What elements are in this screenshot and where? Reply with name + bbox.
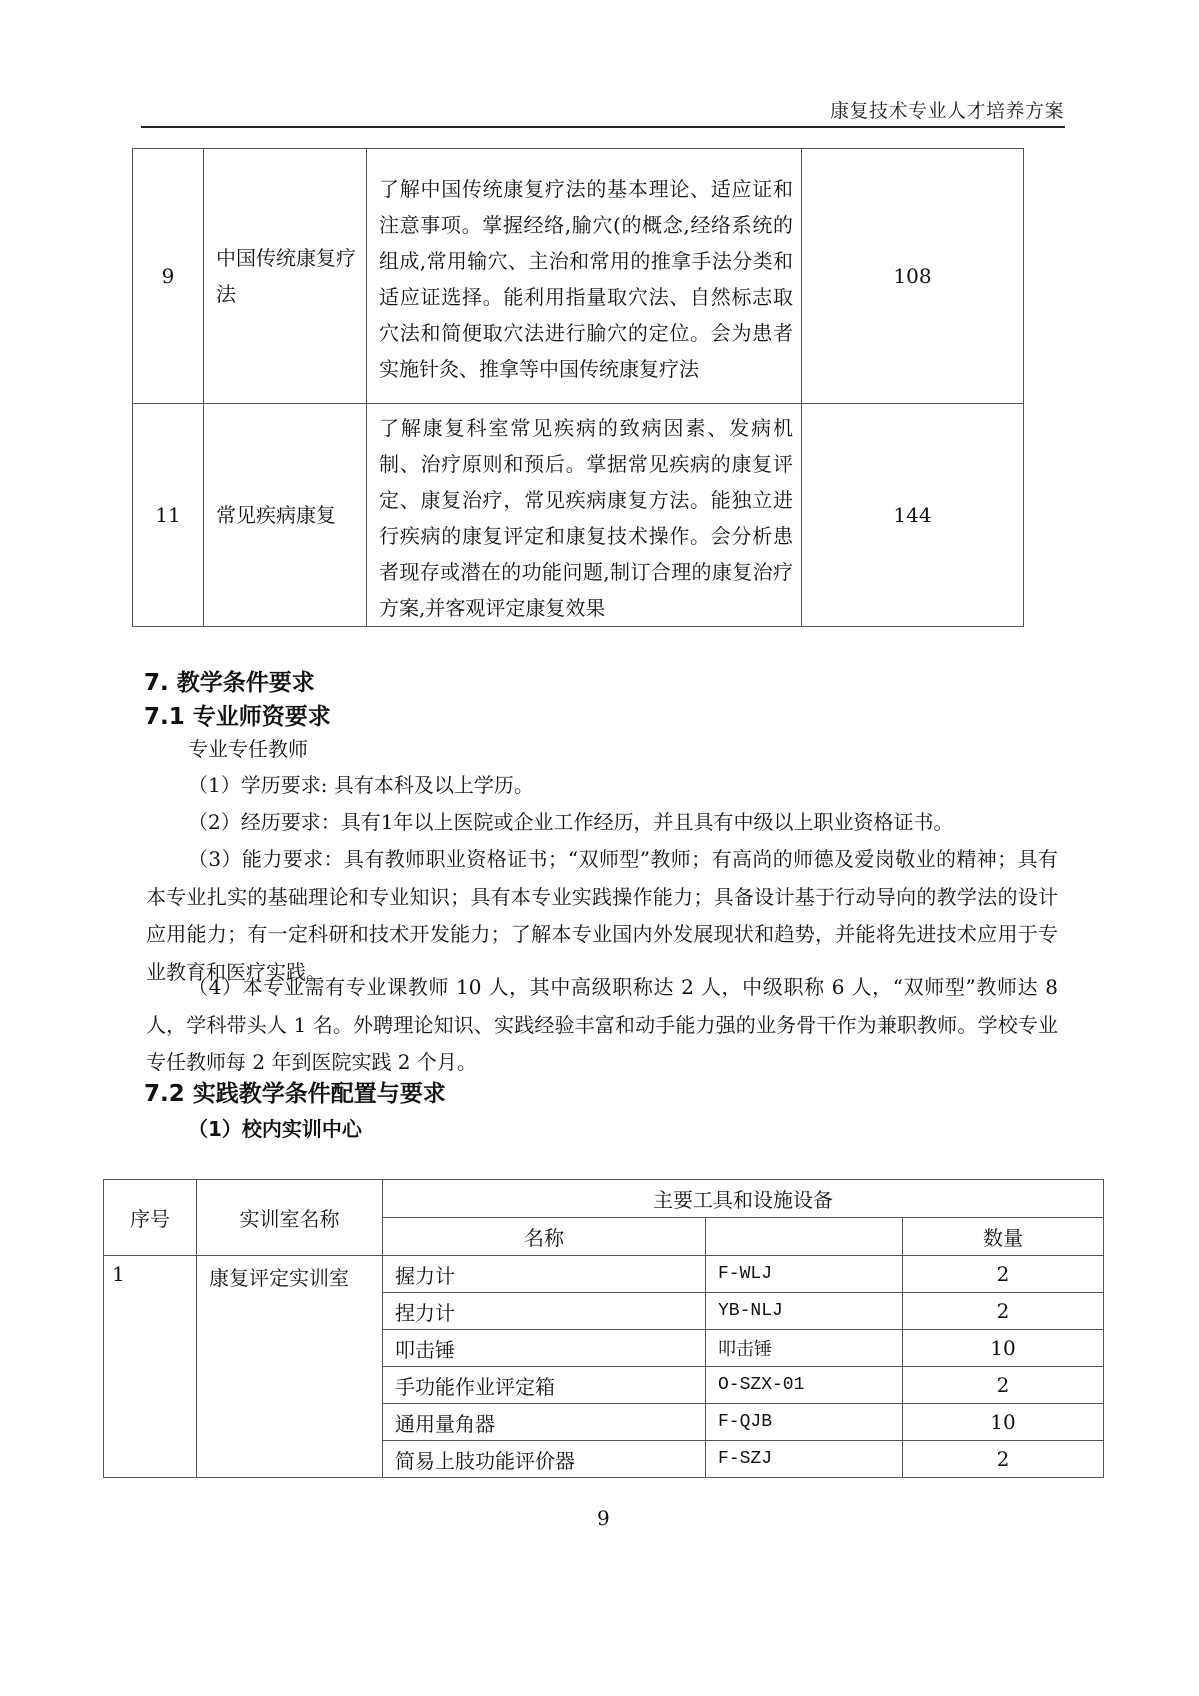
table-header-row: 序号 实训室名称 主要工具和设施设备 [104,1180,1104,1218]
header-equipment-group: 主要工具和设施设备 [383,1180,1104,1218]
course-no: 11 [133,404,204,627]
subheading-full-time-teachers: 专业专任教师 [188,731,308,769]
header-rule [141,126,1065,128]
equipment-qty: 10 [903,1404,1104,1441]
equipment-model: YB-NLJ [706,1293,903,1330]
page-number: 9 [597,1506,610,1530]
subheading-campus-training-center: （1）校内实训中心 [188,1113,362,1142]
equipment-name: 手功能作业评定箱 [383,1367,706,1404]
equipment-name: 握力计 [383,1256,706,1293]
equipment-qty: 2 [903,1441,1104,1478]
equipment-model: F-QJB [706,1404,903,1441]
running-header-title: 康复技术专业人才培养方案 [830,96,1064,123]
course-hours: 144 [802,404,1024,627]
course-hours: 108 [802,149,1024,404]
requirement-experience: （2）经历要求：具有1年以上医院或企业工作经历，并且具有中级以上职业资格证书。 [146,804,1058,842]
equipment-qty: 2 [903,1256,1104,1293]
header-equipment-model [706,1218,903,1256]
requirement-staffing: （4）本专业需有专业课教师 10 人，其中高级职称达 2 人，中级职称 6 人，… [146,969,1058,1082]
table-row: 1 康复评定实训室 握力计 F-WLJ 2 [104,1256,1104,1293]
equipment-qty: 2 [903,1293,1104,1330]
header-equipment-name: 名称 [383,1218,706,1256]
lab-equipment-table: 序号 实训室名称 主要工具和设施设备 名称 数量 1 康复评定实训室 握力计 F… [103,1179,1104,1478]
course-no: 9 [133,149,204,404]
course-name: 常见疾病康复 [204,404,367,627]
requirement-education: （1）学历要求: 具有本科及以上学历。 [146,767,1058,805]
equipment-qty: 10 [903,1330,1104,1367]
section-heading-7-1: 7.1 专业师资要求 [144,698,331,731]
equipment-name: 简易上肢功能评价器 [383,1441,706,1478]
equipment-model: F-WLJ [706,1256,903,1293]
course-description: 了解康复科室常见疾病的致病因素、发病机制、治疗原则和预后。掌据常见疾病的康复评定… [367,404,802,627]
course-description: 了解中国传统康复疗法的基本理论、适应证和注意事项。掌握经络,腧穴(的概念,经络系… [367,149,802,404]
equipment-model: F-SZJ [706,1441,903,1478]
section-heading-7-2: 7.2 实践教学条件配置与要求 [144,1075,446,1108]
equipment-model: O-SZX-01 [706,1367,903,1404]
table-row: 11 常见疾病康复 了解康复科室常见疾病的致病因素、发病机制、治疗原则和预后。掌… [133,404,1024,627]
room-no: 1 [104,1256,197,1478]
equipment-name: 捏力计 [383,1293,706,1330]
course-table: 9 中国传统康复疗法 了解中国传统康复疗法的基本理论、适应证和注意事项。掌握经络… [132,148,1024,627]
equipment-name: 叩击锤 [383,1330,706,1367]
table-row: 9 中国传统康复疗法 了解中国传统康复疗法的基本理论、适应证和注意事项。掌握经络… [133,149,1024,404]
header-no: 序号 [104,1180,197,1256]
section-heading-7: 7. 教学条件要求 [144,664,315,697]
equipment-model: 叩击锤 [706,1330,903,1367]
equipment-qty: 2 [903,1367,1104,1404]
header-room-name: 实训室名称 [197,1180,383,1256]
equipment-name: 通用量角器 [383,1404,706,1441]
room-name: 康复评定实训室 [197,1256,383,1478]
course-name: 中国传统康复疗法 [204,149,367,404]
header-quantity: 数量 [903,1218,1104,1256]
